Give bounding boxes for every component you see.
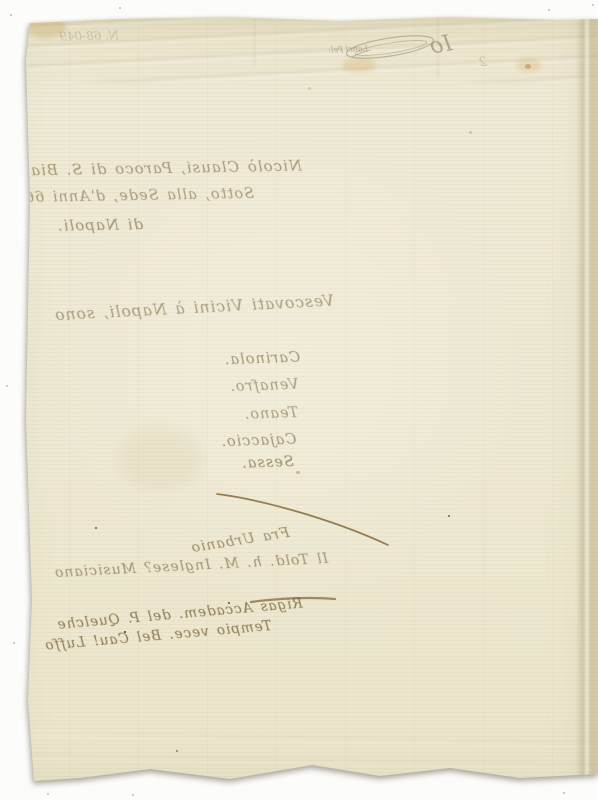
pencil-flourish-outer (345, 31, 435, 63)
ink-cancellation-stroke (217, 494, 388, 545)
pencil-flourish-tail (352, 50, 371, 57)
stroke-overlay (0, 0, 598, 800)
scanner-bed: N. 68-049 Io Lanci Pel: 2 Nicolò Clausi,… (0, 0, 598, 800)
paper-sheet: N. 68-049 Io Lanci Pel: 2 Nicolò Clausi,… (0, 0, 598, 800)
ink-underline-stroke (251, 598, 335, 602)
paper-shadow: N. 68-049 Io Lanci Pel: 2 Nicolò Clausi,… (0, 0, 598, 800)
